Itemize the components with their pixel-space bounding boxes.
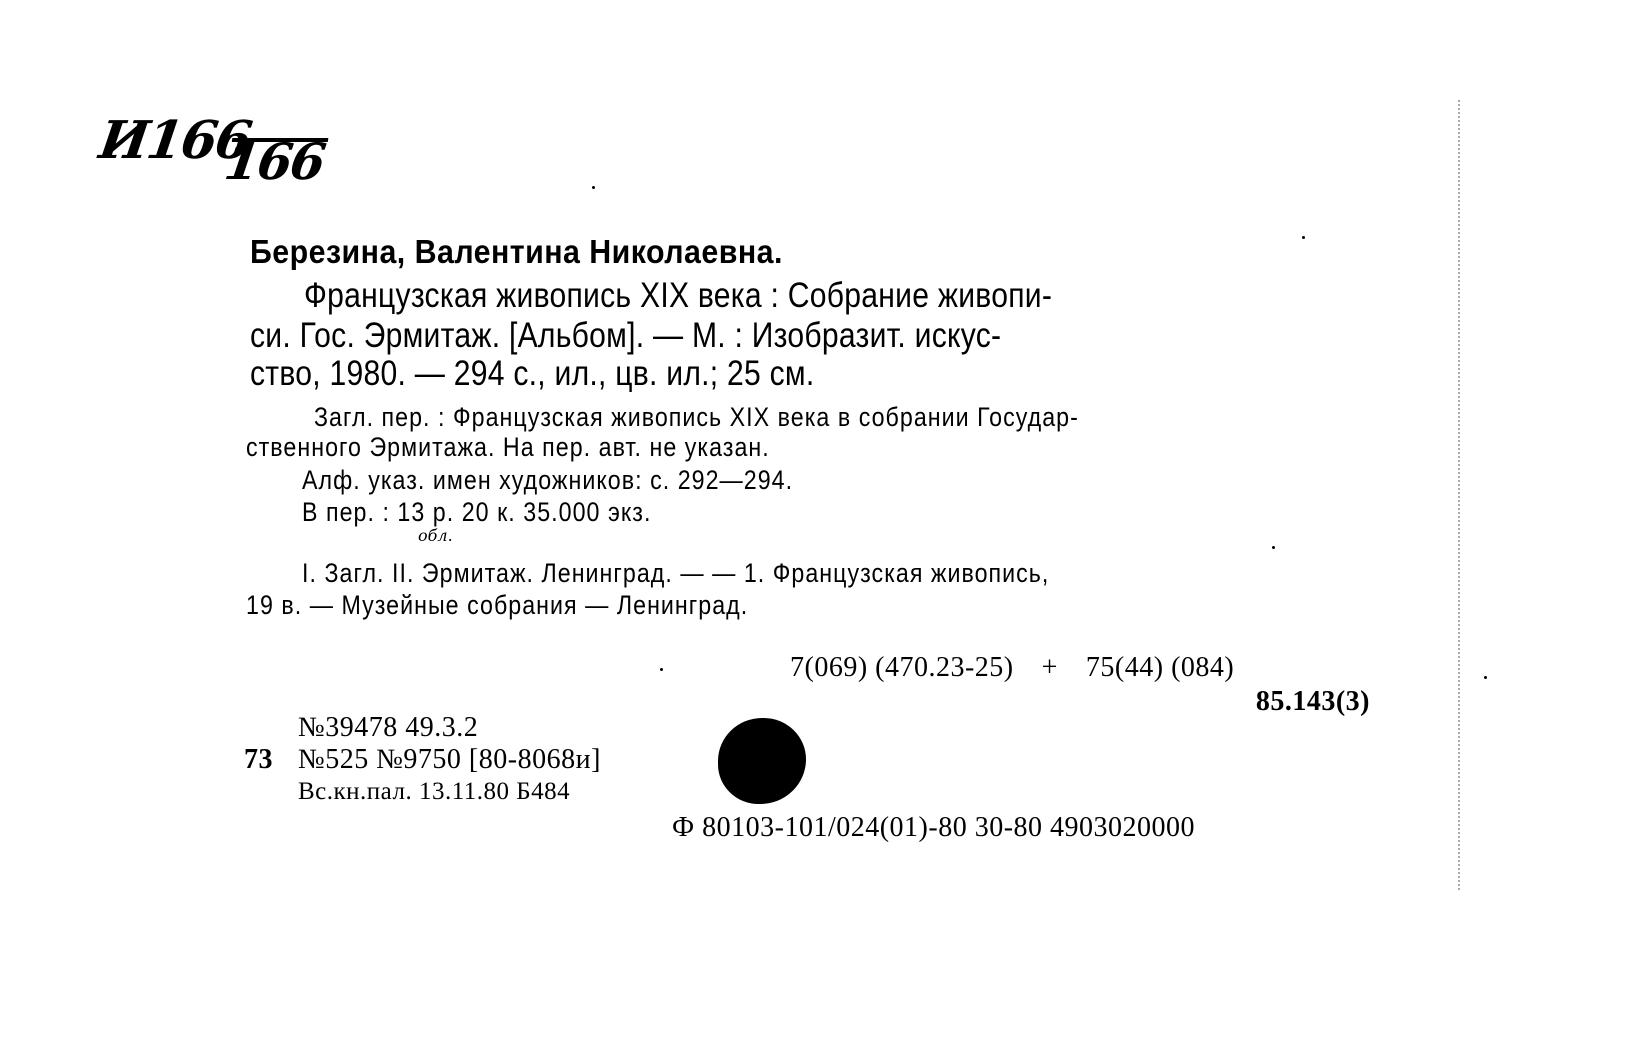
tracing-line-2: 19 в. — Музейные собрания — Ленинград. <box>246 590 748 621</box>
scan-speck <box>660 668 663 671</box>
ink-blot <box>718 718 806 804</box>
note-line-2: ственного Эрмитажа. На пер. авт. не указ… <box>246 432 770 463</box>
registry-line-4: Ф 80103-101/024(01)-80 30-80 4903020000 <box>672 812 1195 844</box>
bbk-code-second: 75(44) (084) <box>1086 652 1234 683</box>
registry-line-1: №39478 49.3.2 <box>298 712 478 744</box>
note-line-4: В пер. : 13 р. 20 к. 35.000 экз. <box>302 497 651 528</box>
scan-speck <box>592 186 595 189</box>
title-line-1: Французская живопись XIX века : Собрание… <box>304 276 1052 316</box>
title-line-3: ство, 1980. — 294 с., ил., цв. ил.; 25 с… <box>250 354 815 394</box>
title-line-2: си. Гос. Эрмитаж. [Альбом]. — М. : Изобр… <box>250 316 1001 356</box>
note-line-1: Загл. пер. : Французская живопись XIX ве… <box>314 402 1079 433</box>
handwritten-shelf-mark: И166 166 <box>96 110 254 171</box>
registry-number: 73 <box>244 744 273 776</box>
registry-line-3: Вс.кн.пал. 13.11.80 Б484 <box>298 778 570 806</box>
scan-speck <box>1484 676 1487 679</box>
shelf-mark-fraction: 166 <box>221 132 328 191</box>
scan-speck <box>1272 546 1275 549</box>
tracing-line-1: I. Загл. II. Эрмитаж. Ленинград. — — 1. … <box>302 558 1049 589</box>
card-edge-line <box>1458 100 1460 890</box>
code-separator: + <box>1042 652 1058 683</box>
bbk-code: 7(069) (470.23-25) <box>790 652 1014 683</box>
registry-line-2: №525 №9750 [80-8068и] <box>298 744 601 776</box>
udc-code: 85.143(3) <box>1256 686 1370 718</box>
handwritten-note: обл. <box>418 526 453 545</box>
classification-codes: 7(069) (470.23-25)+75(44) (084) <box>790 652 1234 684</box>
note-line-3: Алф. указ. имен художников: с. 292—294. <box>302 465 793 496</box>
author-heading: Березина, Валентина Николаевна. <box>250 233 783 271</box>
scan-speck <box>1302 236 1305 239</box>
